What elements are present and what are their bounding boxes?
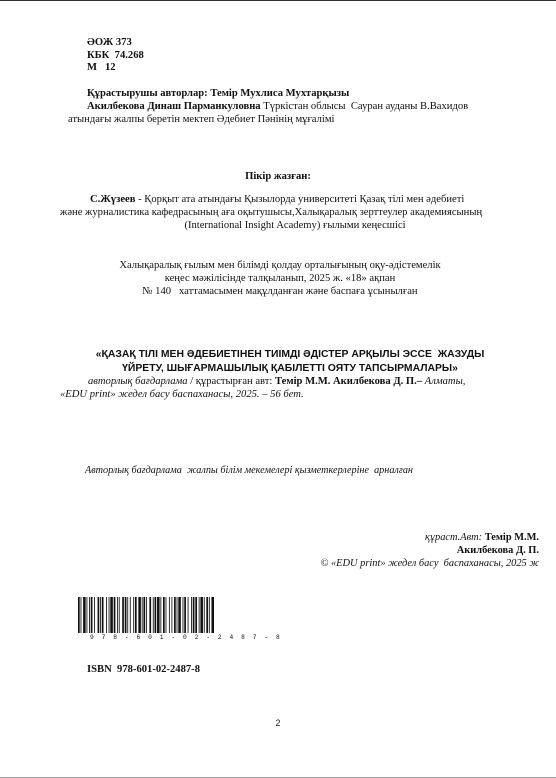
reviewer-heading: Пікір жазған: (0, 171, 556, 182)
citation-city: Алматы, (422, 376, 465, 387)
credits-author-2: Акилбекова Д. П. (321, 544, 540, 557)
author-mark: М 12 (87, 62, 144, 75)
credits-block: құраст.Авт: Темір М.М. Акилбекова Д. П. … (321, 531, 540, 570)
citation-block: авторлық бағдарлама / құрастырған авт: Т… (60, 375, 526, 401)
book-title-line-1: «ҚАЗАҚ ТІЛІ МЕН ӘДЕБИЕТІНЕН ТИІМДІ ӘДІСТ… (60, 348, 520, 362)
affiliation-part-1: Түркістан облысы Сауран ауданы В.Вахидов (261, 101, 469, 112)
isbn: ISBN 978-601-02-2487-8 (87, 664, 200, 675)
approval-line-3: № 140 хаттамасымен мақұлданған және басп… (100, 285, 460, 298)
author-2-name: Акилбекова Динаш Парманкуловна (87, 101, 261, 112)
approval-line-1: Халықаралық ғылым мен білімді қолдау орт… (100, 259, 460, 272)
author-1-name: Темір Мухлиса Мухтарқызы (210, 88, 349, 99)
barcode-icon (78, 597, 258, 639)
page-number: 2 (0, 718, 556, 728)
purpose-statement: Авторлық бағдарлама жалпы білім мекемеле… (85, 465, 413, 476)
reviewer-name: С.Жүзеев (90, 194, 135, 205)
authors-line-1: Құрастырушы авторлар: Темір Мухлиса Мухт… (70, 87, 540, 100)
authors-block: Құрастырушы авторлар: Темір Мухлиса Мухт… (70, 87, 540, 126)
authors-line-2: Акилбекова Динаш Парманкуловна Түркістан… (70, 100, 540, 113)
citation-line-1: авторлық бағдарлама / құрастырған авт: Т… (60, 375, 526, 388)
book-title: «ҚАЗАҚ ТІЛІ МЕН ӘДЕБИЕТІНЕН ТИІМДІ ӘДІСТ… (60, 348, 520, 375)
lbc-code: КБК 74.268 (87, 50, 144, 63)
classification-codes: ӘОЖ 373 КБК 74.268 М 12 (87, 37, 144, 75)
credits-author-1: Темір М.М. (485, 532, 539, 543)
authors-label: Құрастырушы авторлар: (87, 88, 208, 99)
barcode-digits: 9 7 8 - 6 0 1 - 0 2 - 2 4 8 7 - 8 (90, 634, 282, 641)
citation-type: авторлық бағдарлама (88, 376, 188, 387)
reviewer-block: С.Жүзеев - Қорқыт ата атындағы Қызылорда… (60, 193, 530, 232)
citation-publisher: «EDU print» жедел басу баспаханасы, 2025… (60, 388, 526, 401)
citation-separator: / құрастырған авт: (188, 376, 275, 387)
approval-line-2: кеңес мәжілісінде талқыланып, 2025 ж. «1… (100, 272, 460, 285)
citation-authors: Темір М.М. Акилбекова Д. П.– (275, 376, 422, 387)
copyright-line: © «EDU print» жедел басу баспаханасы, 20… (321, 557, 540, 570)
reviewer-line-1: С.Жүзеев - Қорқыт ата атындағы Қызылорда… (60, 193, 530, 206)
reviewer-desc-2: және журналистика кафедрасының аға оқыту… (60, 206, 530, 219)
credits-line-1: құраст.Авт: Темір М.М. (321, 531, 540, 544)
book-title-line-2: ҮЙРЕТУ, ШЫҒАРМАШЫЛЫҚ ҚАБІЛЕТТІ ОЯТУ ТАПС… (60, 362, 520, 376)
approval-block: Халықаралық ғылым мен білімді қолдау орт… (100, 259, 460, 298)
affiliation-part-2: атындағы жалпы беретін мектеп Әдебиет Пә… (68, 113, 540, 126)
compiled-label: құраст.Авт: (425, 532, 485, 543)
udc-code: ӘОЖ 373 (87, 37, 144, 50)
reviewer-desc-3: (International Insight Academy) ғылыми к… (60, 219, 530, 232)
reviewer-desc-1: - Қорқыт ата атындағы Қызылорда универси… (135, 194, 464, 205)
page-top-border (0, 0, 556, 1)
